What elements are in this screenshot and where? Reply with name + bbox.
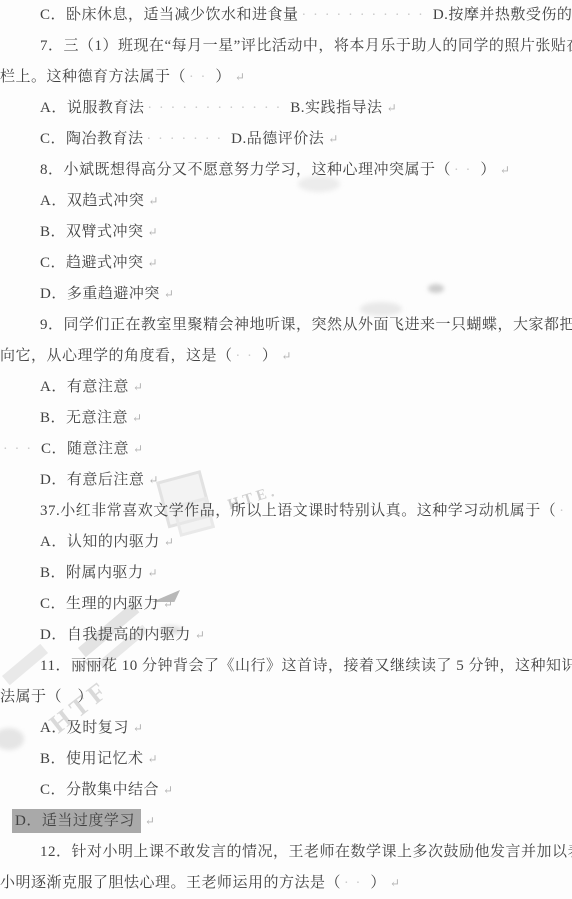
document-line: A．双趋式冲突↵ — [0, 186, 572, 217]
document-line: C．卧床休息，适当减少饮水和进食量···········D.按摩并热敷受伤的部位… — [0, 0, 572, 31]
paragraph-mark-icon: ↵ — [500, 163, 511, 177]
document-line: 8．小斌既想得高分又不愿意努力学习，这种心理冲突属于（··）↵ — [0, 155, 572, 186]
paragraph-mark-icon: ↵ — [148, 225, 159, 239]
text-run: A．及时复习 — [40, 720, 129, 736]
document-line: A．有意注意↵ — [0, 372, 572, 403]
text-run: 12．针对小明上课不敢发言的情况，王老师在数学课上多次鼓励他发言并加以表扬，使 — [40, 844, 572, 860]
paragraph-mark-icon: ↵ — [148, 752, 159, 766]
paragraph-mark-icon: ↵ — [281, 349, 292, 363]
paragraph-mark-icon: ↵ — [133, 380, 144, 394]
document-line: 向它，从心理学的角度看，这是（··）↵ — [0, 341, 572, 372]
space-formatting-marks: ·· — [559, 504, 572, 519]
paragraph-mark-icon: ↵ — [328, 132, 339, 146]
space-formatting-marks: ·· — [344, 876, 367, 891]
paragraph-mark-icon: ↵ — [148, 566, 159, 580]
text-run: C．分散集中结合 — [40, 782, 159, 798]
document-text-layer: C．卧床休息，适当减少饮水和进食量···········D.按摩并热敷受伤的部位… — [0, 0, 572, 899]
document-line: C．趋避式冲突↵ — [0, 248, 572, 279]
text-run: A．双趋式冲突 — [40, 193, 144, 209]
document-line: 7．三（1）班现在“每月一星”评比活动中，将本月乐于助人的同学的照片张贴在光荣 — [0, 31, 572, 62]
text-run: A．认知的内驱力 — [40, 534, 160, 550]
text-run: A．说服教育法 — [40, 100, 144, 116]
document-line: 小明逐渐克服了胆怯心理。王老师运用的方法是（··）↵ — [0, 868, 572, 899]
paragraph-mark-icon: ↵ — [164, 287, 175, 301]
text-run: C．陶冶教育法 — [40, 131, 144, 147]
text-run: D.按摩并热敷受伤的部位 — [433, 7, 572, 23]
text-run: ） — [480, 162, 496, 178]
paragraph-mark-icon: ↵ — [163, 783, 174, 797]
text-run: B．附属内驱力 — [40, 565, 144, 581]
paragraph-mark-icon: ↵ — [148, 473, 159, 487]
paragraph-mark-icon: ↵ — [145, 814, 156, 828]
space-formatting-marks: ············ — [147, 101, 287, 116]
document-line: D．自我提高的内驱力↵ — [0, 620, 572, 651]
document-line: D．有意后注意↵ — [0, 465, 572, 496]
text-run: 法属于（ ） — [0, 689, 93, 705]
text-run: 向它，从心理学的角度看，这是（ — [0, 348, 233, 364]
document-line: 11．丽丽花 10 分钟背会了《山行》这首诗，接着又继续读了 5 分钟，这种知识… — [0, 651, 572, 682]
document-line: A．认知的内驱力↵ — [0, 527, 572, 558]
document-line: B．无意注意↵ — [0, 403, 572, 434]
document-line: C．陶冶教育法·······D.品德评价法↵ — [0, 124, 572, 155]
text-run: B．无意注意 — [40, 410, 128, 426]
space-formatting-marks: ······· — [147, 132, 229, 147]
paragraph-mark-icon: ↵ — [148, 256, 159, 270]
text-run: B.实践指导法 — [290, 100, 382, 116]
text-run: D.品德评价法 — [231, 131, 324, 147]
text-run: D．自我提高的内驱力 — [40, 627, 191, 643]
document-line: D．多重趋避冲突↵ — [0, 279, 572, 310]
document-line: B．附属内驱力↵ — [0, 558, 572, 589]
text-run: D．多重趋避冲突 — [40, 286, 160, 302]
document-line: C．分散集中结合↵ — [0, 775, 572, 806]
text-run: 小明逐渐克服了胆怯心理。王老师运用的方法是（ — [0, 875, 341, 891]
paragraph-mark-icon: ↵ — [163, 597, 174, 611]
paragraph-mark-icon: ↵ — [195, 628, 206, 642]
text-run: D．有意后注意 — [40, 472, 144, 488]
space-formatting-marks: ·· — [236, 349, 259, 364]
paragraph-mark-icon: ↵ — [133, 442, 144, 456]
document-line: 37.小红非常喜欢文学作品，所以上语文课时特别认真。这种学习动机属于（··）↵ — [0, 496, 572, 527]
paragraph-mark-icon: ↵ — [390, 876, 401, 890]
space-formatting-marks: ·· — [189, 70, 212, 85]
document-line: 法属于（ ） — [0, 682, 572, 713]
document-line: B．双臂式冲突↵ — [0, 217, 572, 248]
document-page: HTE.HTF·ER C．卧床休息，适当减少饮水和进食量···········D… — [0, 0, 572, 899]
paragraph-mark-icon: ↵ — [148, 194, 159, 208]
text-run: B．使用记忆术 — [40, 751, 144, 767]
text-run: ） — [215, 69, 231, 85]
text-run: 8．小斌既想得高分又不愿意努力学习，这种心理冲突属于（ — [40, 162, 451, 178]
text-run: C．卧床休息，适当减少饮水和进食量 — [40, 7, 299, 23]
paragraph-mark-icon: ↵ — [387, 101, 398, 115]
space-formatting-marks: ··· — [3, 442, 38, 457]
paragraph-mark-icon: ↵ — [235, 70, 246, 84]
text-run: C．生理的内驱力 — [40, 596, 159, 612]
text-run: C．趋避式冲突 — [40, 255, 144, 271]
paragraph-mark-icon: ↵ — [132, 411, 143, 425]
document-line: B．使用记忆术↵ — [0, 744, 572, 775]
text-run: ） — [370, 875, 386, 891]
paragraph-mark-icon: ↵ — [133, 721, 144, 735]
text-run: 37.小红非常喜欢文学作品，所以上语文课时特别认真。这种学习动机属于（ — [40, 503, 556, 519]
document-line: ···C．随意注意↵ — [0, 434, 572, 465]
text-run: 9．同学们正在教室里聚精会神地听课，突然从外面飞进来一只蝴蝶，大家都把视线转 — [40, 317, 572, 333]
document-line: C．生理的内驱力↵ — [0, 589, 572, 620]
text-run: B．双臂式冲突 — [40, 224, 144, 240]
text-run: A．有意注意 — [40, 379, 129, 395]
text-run: ） — [262, 348, 278, 364]
paragraph-mark-icon: ↵ — [164, 535, 175, 549]
space-formatting-marks: ·· — [454, 163, 477, 178]
document-line: A．及时复习↵ — [0, 713, 572, 744]
document-line: 12．针对小明上课不敢发言的情况，王老师在数学课上多次鼓励他发言并加以表扬，使 — [0, 837, 572, 868]
document-line: D．适当过度学习↵ — [0, 806, 572, 837]
text-run: 11．丽丽花 10 分钟背会了《山行》这首诗，接着又继续读了 5 分钟，这种知识… — [40, 658, 572, 674]
space-formatting-marks: ··········· — [302, 8, 430, 23]
text-run: 7．三（1）班现在“每月一星”评比活动中，将本月乐于助人的同学的照片张贴在光荣 — [40, 38, 572, 54]
text-run: C．随意注意 — [41, 441, 129, 457]
document-line: A．说服教育法············B.实践指导法↵ — [0, 93, 572, 124]
document-line: 9．同学们正在教室里聚精会神地听课，突然从外面飞进来一只蝴蝶，大家都把视线转 — [0, 310, 572, 341]
text-run: 栏上。这种德育方法属于（ — [0, 69, 186, 85]
document-line: 栏上。这种德育方法属于（··）↵ — [0, 62, 572, 93]
selected-text[interactable]: D．适当过度学习 — [12, 809, 141, 833]
